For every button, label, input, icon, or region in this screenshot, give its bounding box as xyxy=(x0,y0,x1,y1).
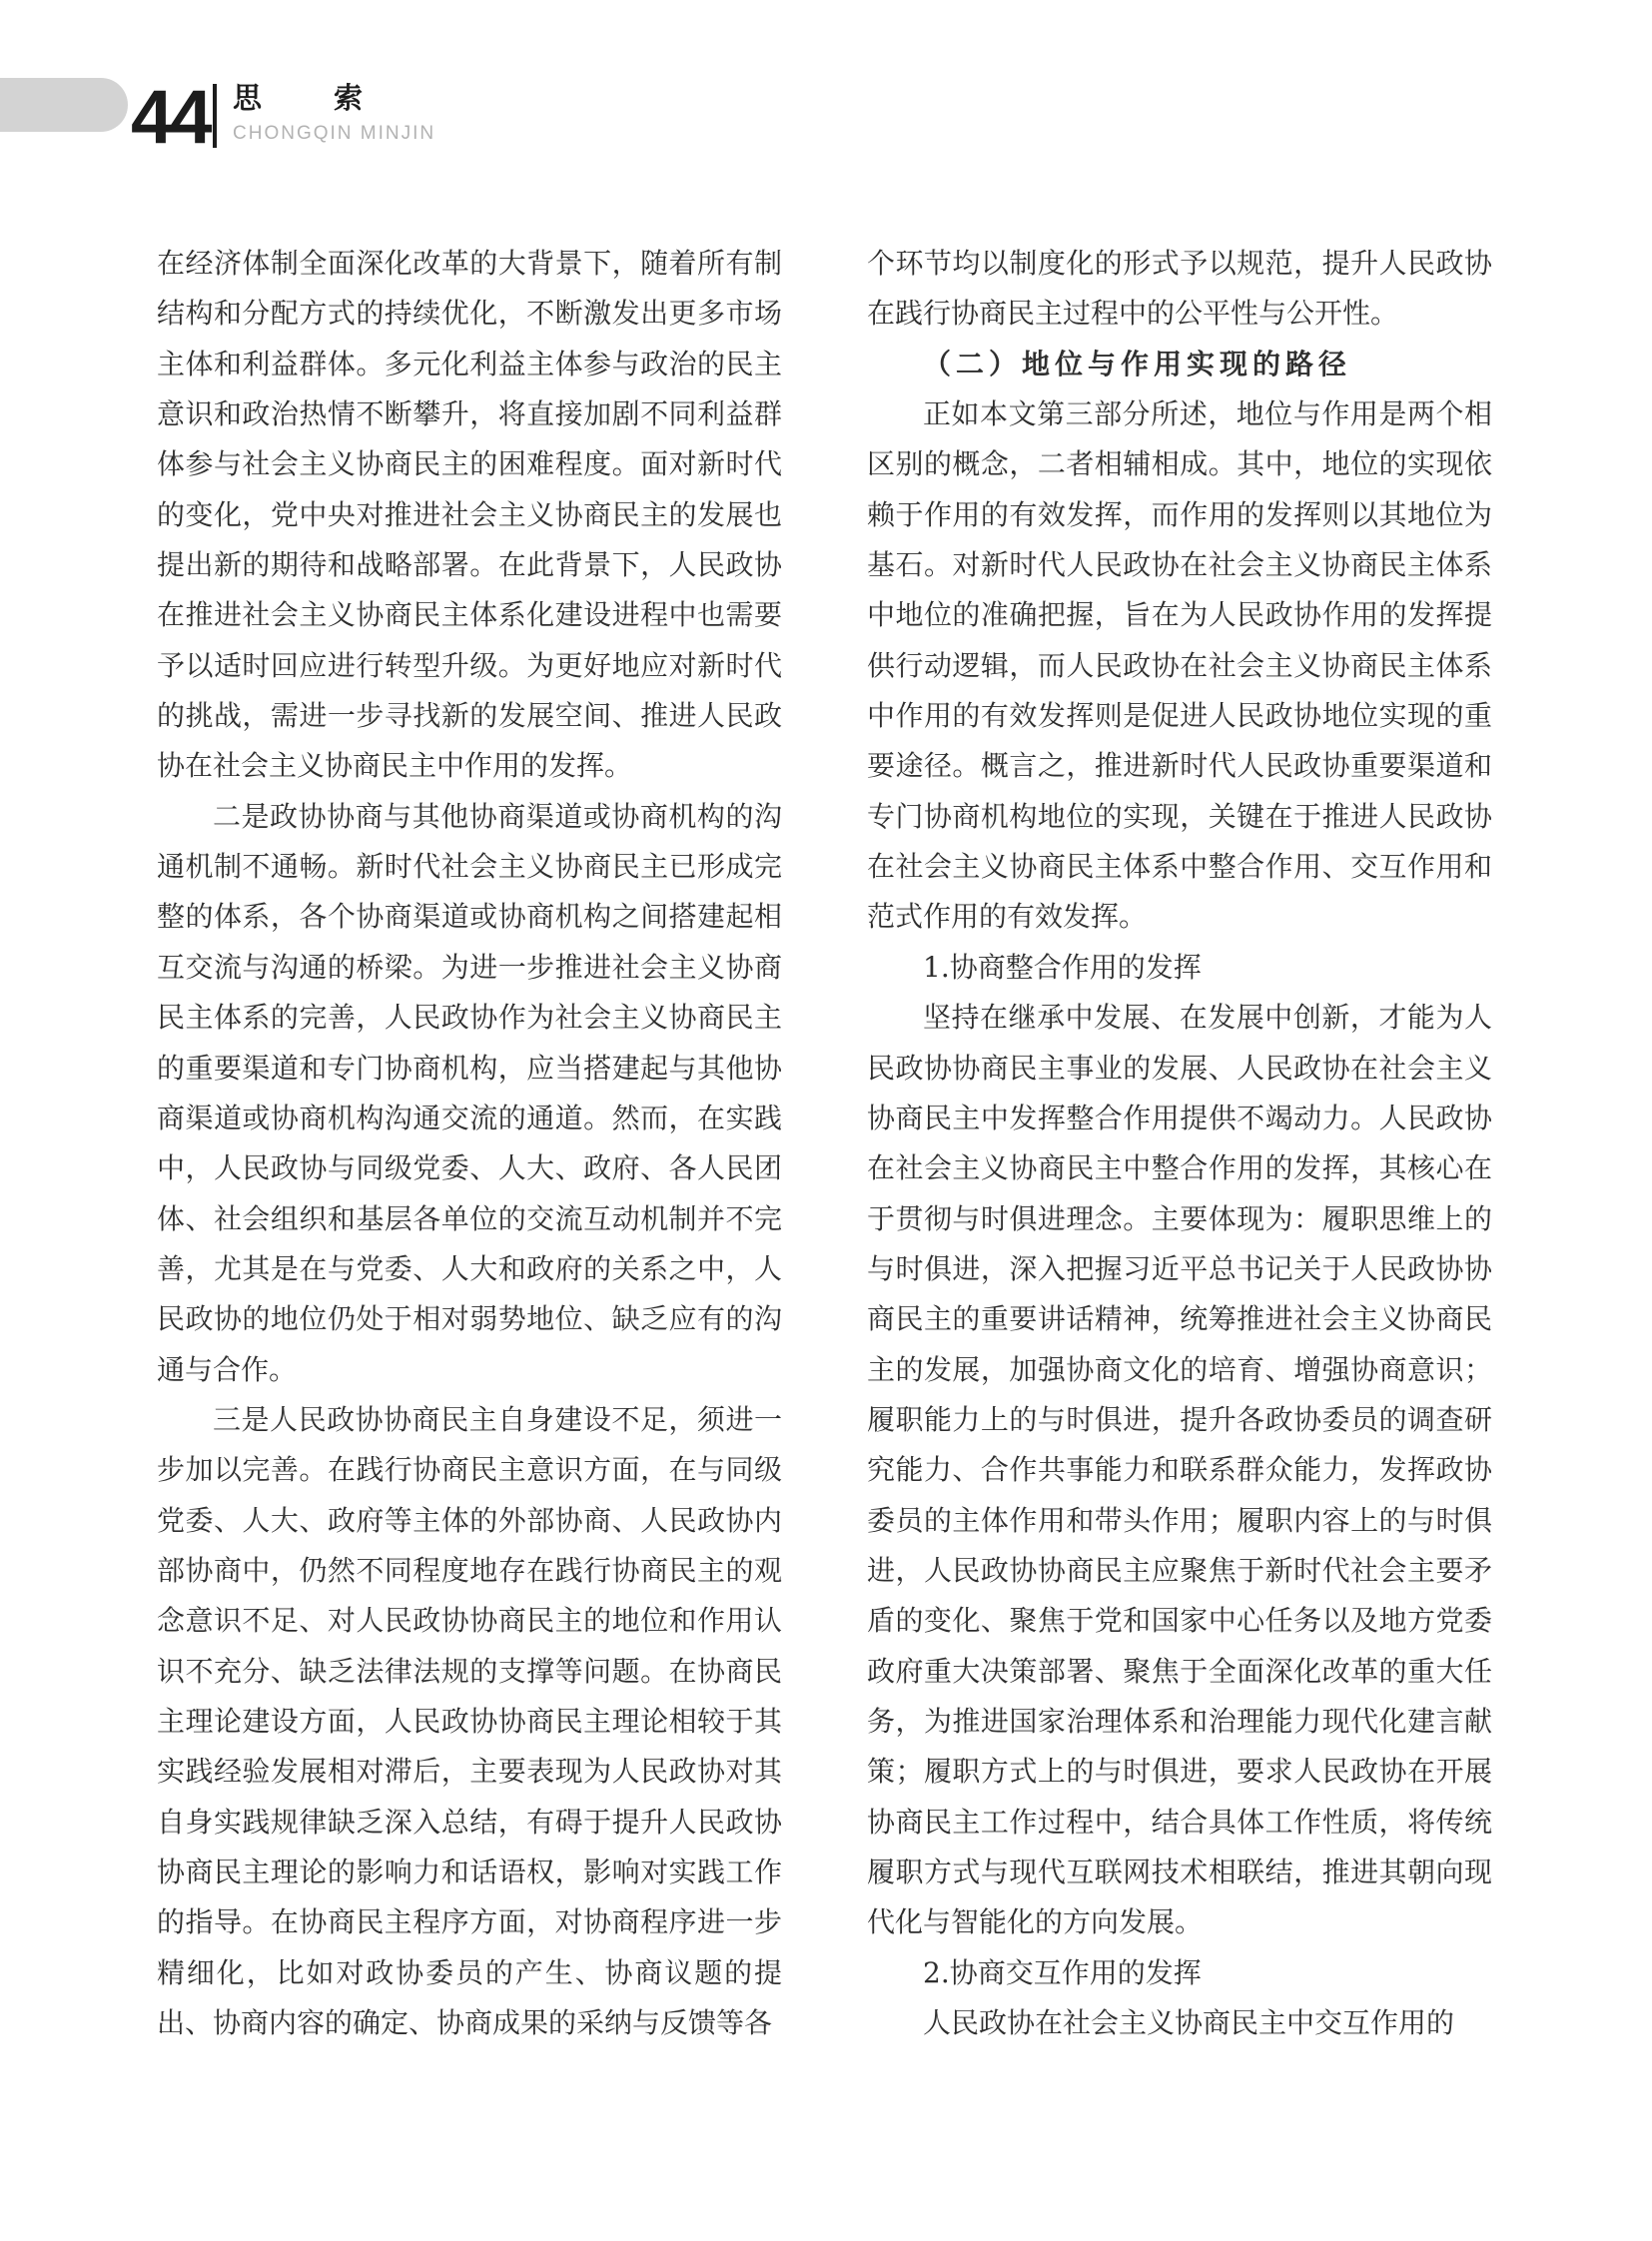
section-title: 思索 xyxy=(233,84,434,116)
magazine-page: 44 思索 CHONGQIN MINJIN 在经济体制全面深化改革的大背景下，随… xyxy=(0,0,1652,2241)
text-column-right: 个环节均以制度化的形式予以规范，提升人民政协在践行协商民主过程中的公平性与公开性… xyxy=(867,239,1492,2048)
paragraph: 坚持在继承中发展、在发展中创新，才能为人民政协协商民主事业的发展、人民政协在社会… xyxy=(867,993,1492,1948)
header-divider xyxy=(213,84,217,148)
paragraph: 二是政协协商与其他协商渠道或协商机构的沟通机制不通畅。新时代社会主义协商民主已形… xyxy=(157,792,782,1395)
paragraph: 在经济体制全面深化改革的大背景下，随着所有制结构和分配方式的持续优化，不断激发出… xyxy=(157,239,782,792)
sub-heading: 1.协商整合作用的发挥 xyxy=(867,943,1492,993)
section-heading: （二）地位与作用实现的路径 xyxy=(867,340,1492,389)
paragraph: 人民政协在社会主义协商民主中交互作用的 xyxy=(867,1998,1492,2048)
paragraph: 正如本文第三部分所述，地位与作用是两个相区别的概念，二者相辅相成。其中，地位的实… xyxy=(867,389,1492,943)
page-number: 44 xyxy=(131,80,210,156)
paragraph: 三是人民政协协商民主自身建设不足，须进一步加以完善。在践行协商民主意识方面，在与… xyxy=(157,1395,782,2048)
corner-tab xyxy=(0,78,128,132)
text-column-left: 在经济体制全面深化改革的大背景下，随着所有制结构和分配方式的持续优化，不断激发出… xyxy=(157,239,782,2048)
section-subtitle: CHONGQIN MINJIN xyxy=(233,123,435,145)
sub-heading: 2.协商交互作用的发挥 xyxy=(867,1948,1492,1998)
paragraph: 个环节均以制度化的形式予以规范，提升人民政协在践行协商民主过程中的公平性与公开性… xyxy=(867,239,1492,340)
